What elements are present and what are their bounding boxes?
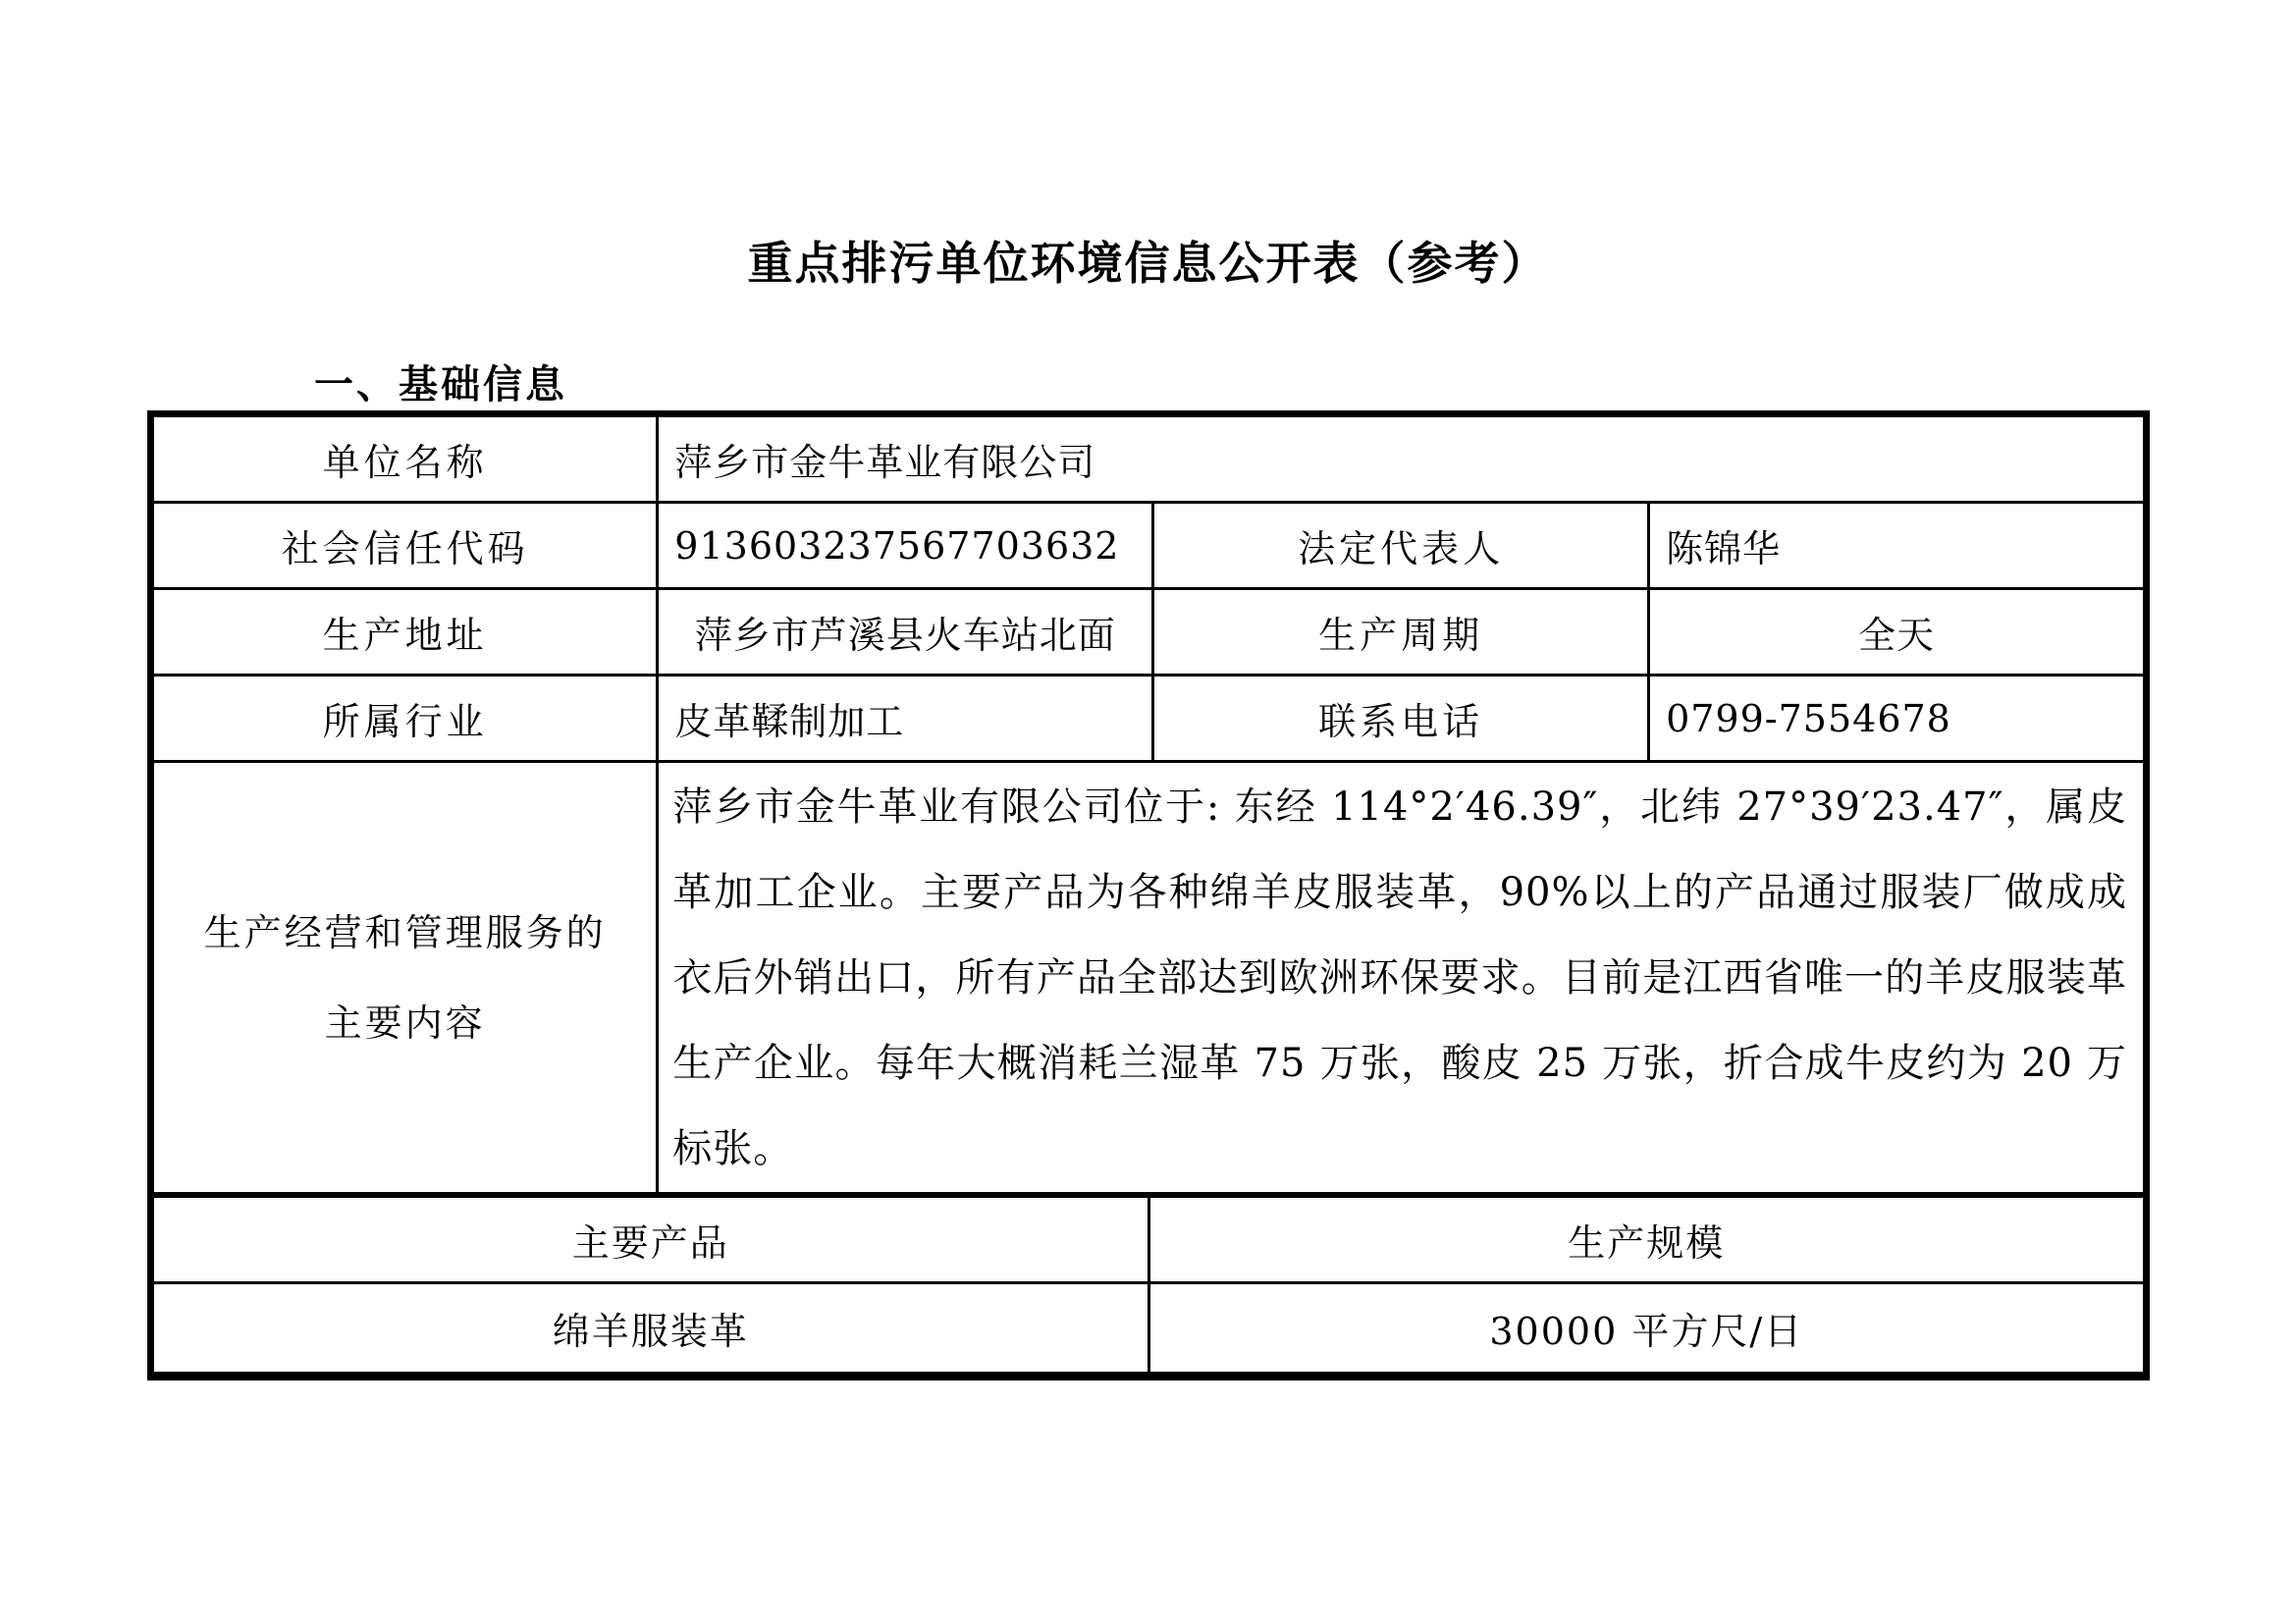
page-title: 重点排污单位环境信息公开表（参考）: [0, 228, 2296, 293]
legal-representative-label: 法定代表人: [1153, 503, 1649, 589]
credit-code-value: 913603237567703632: [658, 503, 1153, 589]
production-address-label: 生产地址: [153, 589, 658, 676]
business-scope-value: 萍乡市金牛革业有限公司位于: 东经 114°2′46.39″，北纬 27°39′…: [659, 763, 2143, 1192]
production-cycle-value: 全天: [1649, 589, 2145, 676]
table-row: 社会信任代码 913603237567703632 法定代表人 陈锦华: [153, 503, 2145, 589]
business-scope-label: 生产经营和管理服务的 主要内容: [153, 762, 658, 1194]
business-scope-label-line1: 生产经营和管理服务的: [154, 888, 656, 978]
document-page: 重点排污单位环境信息公开表（参考） 一、基础信息 单位名称 萍乡市金牛革业有限公…: [0, 0, 2296, 1624]
basic-info-table-lower: 主要产品 生产规模 绵羊服装革 30000 平方尺/日: [151, 1195, 2146, 1375]
production-address-value: 萍乡市芦溪县火车站北面: [658, 589, 1153, 676]
main-product-header: 主要产品: [153, 1197, 1149, 1283]
table-row: 所属行业 皮革鞣制加工 联系电话 0799-7554678: [153, 676, 2145, 762]
production-scale-header: 生产规模: [1148, 1197, 2145, 1283]
production-cycle-label: 生产周期: [1153, 589, 1649, 676]
main-product-value: 绵羊服装革: [153, 1283, 1149, 1374]
business-scope-label-line2: 主要内容: [154, 978, 656, 1068]
table-row: 生产经营和管理服务的 主要内容 萍乡市金牛革业有限公司位于: 东经 114°2′…: [153, 762, 2145, 1194]
unit-name-value: 萍乡市金牛革业有限公司: [658, 416, 2145, 503]
contact-phone-label: 联系电话: [1153, 676, 1649, 762]
basic-info-table-upper: 单位名称 萍乡市金牛革业有限公司 社会信任代码 9136032375677036…: [151, 414, 2146, 1195]
legal-representative-value: 陈锦华: [1649, 503, 2145, 589]
business-scope-value-cell: 萍乡市金牛革业有限公司位于: 东经 114°2′46.39″，北纬 27°39′…: [658, 762, 2145, 1194]
table-row: 绵羊服装革 30000 平方尺/日: [153, 1283, 2145, 1374]
industry-label: 所属行业: [153, 676, 658, 762]
table-row: 生产地址 萍乡市芦溪县火车站北面 生产周期 全天: [153, 589, 2145, 676]
basic-info-table: 单位名称 萍乡市金牛革业有限公司 社会信任代码 9136032375677036…: [147, 410, 2150, 1380]
section-heading-basic-info: 一、基础信息: [314, 353, 567, 409]
table-row: 主要产品 生产规模: [153, 1197, 2145, 1283]
unit-name-label: 单位名称: [153, 416, 658, 503]
credit-code-label: 社会信任代码: [153, 503, 658, 589]
industry-value: 皮革鞣制加工: [658, 676, 1153, 762]
table-row: 单位名称 萍乡市金牛革业有限公司: [153, 416, 2145, 503]
production-scale-value: 30000 平方尺/日: [1148, 1283, 2145, 1374]
contact-phone-value: 0799-7554678: [1649, 676, 2145, 762]
